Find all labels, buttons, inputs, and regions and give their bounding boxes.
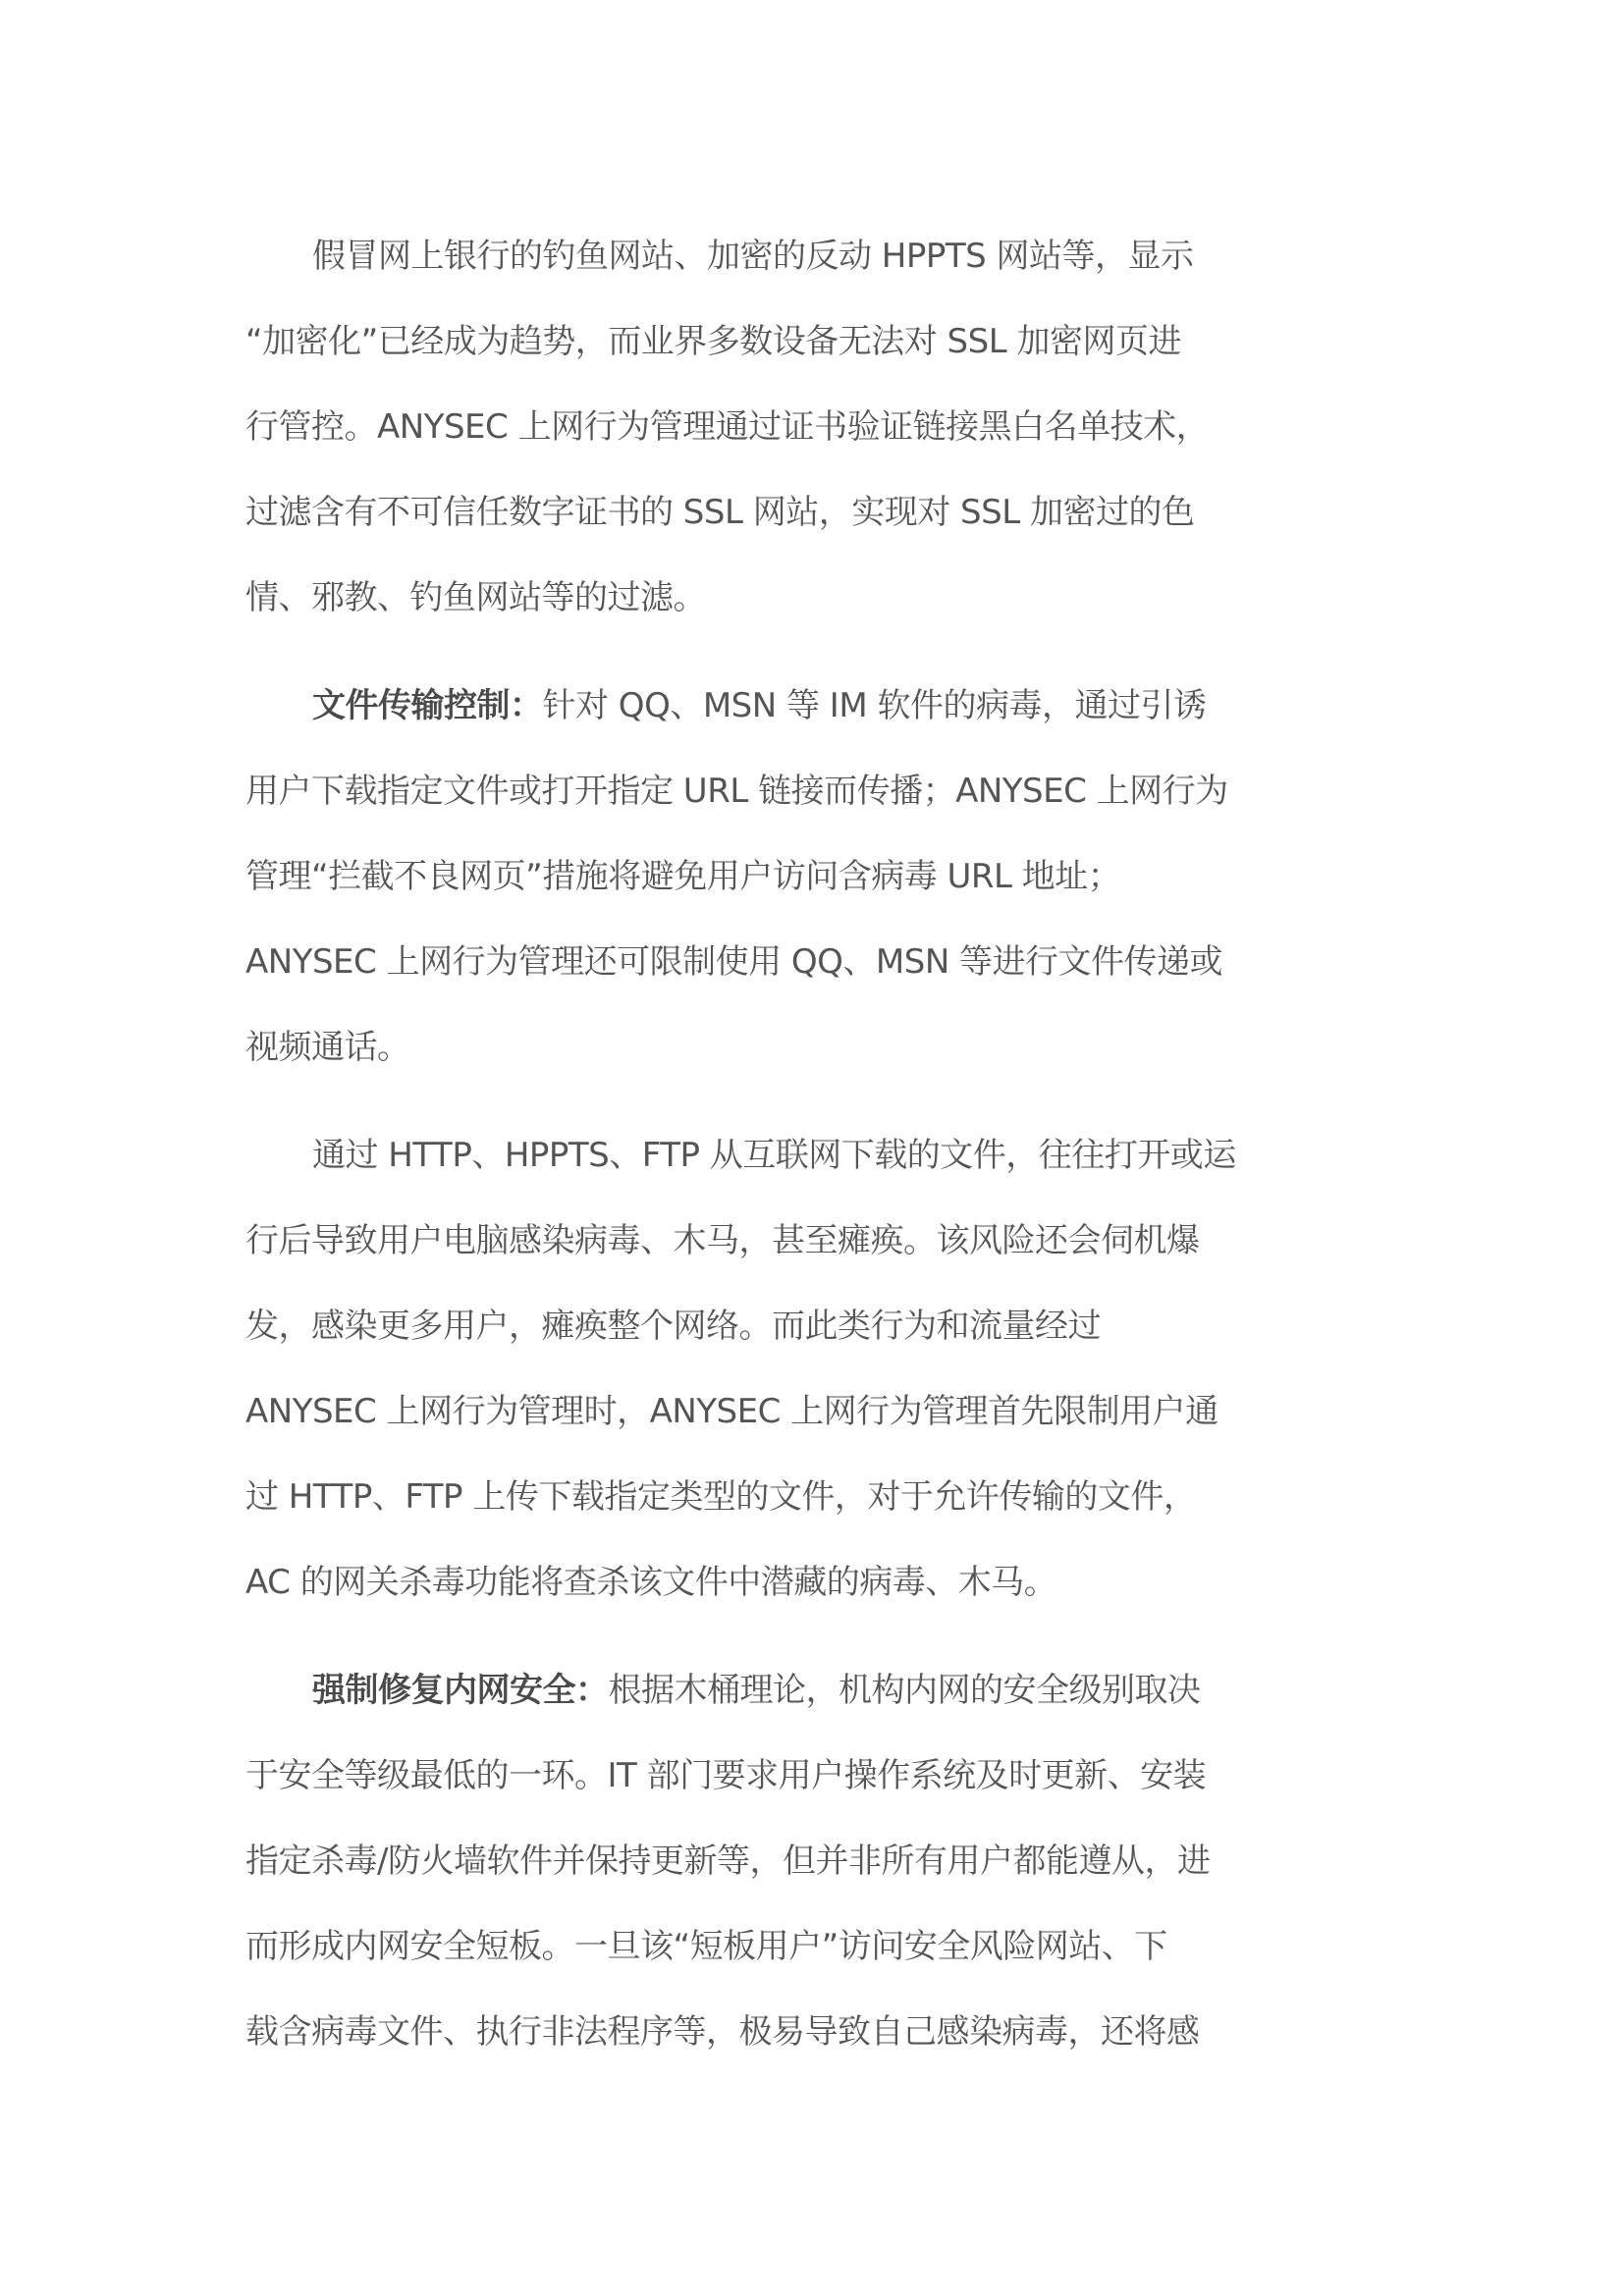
text-line: 假冒网上银行的钓鱼网站、加密的反动 HPPTS 网站等，显示: [245, 214, 1384, 299]
paragraph-file-transfer-control: 文件传输控制：针对 QQ、MSN 等 IM 软件的病毒，通过引诱 用户下载指定文…: [245, 664, 1384, 1091]
text-line: 过滤含有不可信任数字证书的 SSL 网站，实现对 SSL 加密过的色: [245, 470, 1384, 556]
paragraph-ssl-filtering: 假冒网上银行的钓鱼网站、加密的反动 HPPTS 网站等，显示 “加密化”已经成为…: [245, 214, 1384, 641]
text-line: 用户下载指定文件或打开指定 URL 链接而传播；ANYSEC 上网行为: [245, 749, 1384, 834]
document-page: 假冒网上银行的钓鱼网站、加密的反动 HPPTS 网站等，显示 “加密化”已经成为…: [245, 214, 1384, 2098]
text-line: 文件传输控制：针对 QQ、MSN 等 IM 软件的病毒，通过引诱: [245, 664, 1384, 749]
text-line: ANYSEC 上网行为管理时，ANYSEC 上网行为管理首先限制用户通: [245, 1369, 1384, 1455]
text-line: 载含病毒文件、执行非法程序等，极易导致自己感染病毒，还将感: [245, 1990, 1384, 2075]
text-span: 针对 QQ、MSN 等 IM 软件的病毒，通过引诱: [543, 686, 1207, 725]
text-line: 管理“拦截不良网页”措施将避免用户访问含病毒 URL 地址；: [245, 834, 1384, 920]
paragraph-download-antivirus: 通过 HTTP、HPPTS、FTP 从互联网下载的文件，往往打开或运 行后导致用…: [245, 1113, 1384, 1626]
text-line: AC 的网关杀毒功能将查杀该文件中潜藏的病毒、木马。: [245, 1540, 1384, 1626]
text-line: 而形成内网安全短板。一旦该“短板用户”访问安全风险网站、下: [245, 1904, 1384, 1990]
text-line: ANYSEC 上网行为管理还可限制使用 QQ、MSN 等进行文件传递或: [245, 920, 1384, 1005]
text-line: 过 HTTP、FTP 上传下载指定类型的文件，对于允许传输的文件，: [245, 1455, 1384, 1540]
text-line: 通过 HTTP、HPPTS、FTP 从互联网下载的文件，往往打开或运: [245, 1113, 1384, 1199]
text-line: 指定杀毒/防火墙软件并保持更新等，但并非所有用户都能遵从，进: [245, 1819, 1384, 1904]
text-span: 根据木桶理论，机构内网的安全级别取决: [609, 1671, 1201, 1710]
text-line: 视频通话。: [245, 1005, 1384, 1091]
text-line: 强制修复内网安全：根据木桶理论，机构内网的安全级别取决: [245, 1648, 1384, 1734]
paragraph-intranet-security: 强制修复内网安全：根据木桶理论，机构内网的安全级别取决 于安全等级最低的一环。I…: [245, 1648, 1384, 2075]
text-line: “加密化”已经成为趋势，而业界多数设备无法对 SSL 加密网页进: [245, 299, 1384, 385]
text-line: 行管控。ANYSEC 上网行为管理通过证书验证链接黑白名单技术，: [245, 385, 1384, 470]
text-line: 行后导致用户电脑感染病毒、木马，甚至瘫痪。该风险还会伺机爆: [245, 1199, 1384, 1284]
text-line: 情、邪教、钓鱼网站等的过滤。: [245, 556, 1384, 641]
section-heading: 强制修复内网安全：: [312, 1671, 609, 1710]
text-line: 发，感染更多用户，瘫痪整个网络。而此类行为和流量经过: [245, 1284, 1384, 1369]
section-heading: 文件传输控制：: [312, 686, 543, 725]
text-line: 于安全等级最低的一环。IT 部门要求用户操作系统及时更新、安装: [245, 1734, 1384, 1819]
